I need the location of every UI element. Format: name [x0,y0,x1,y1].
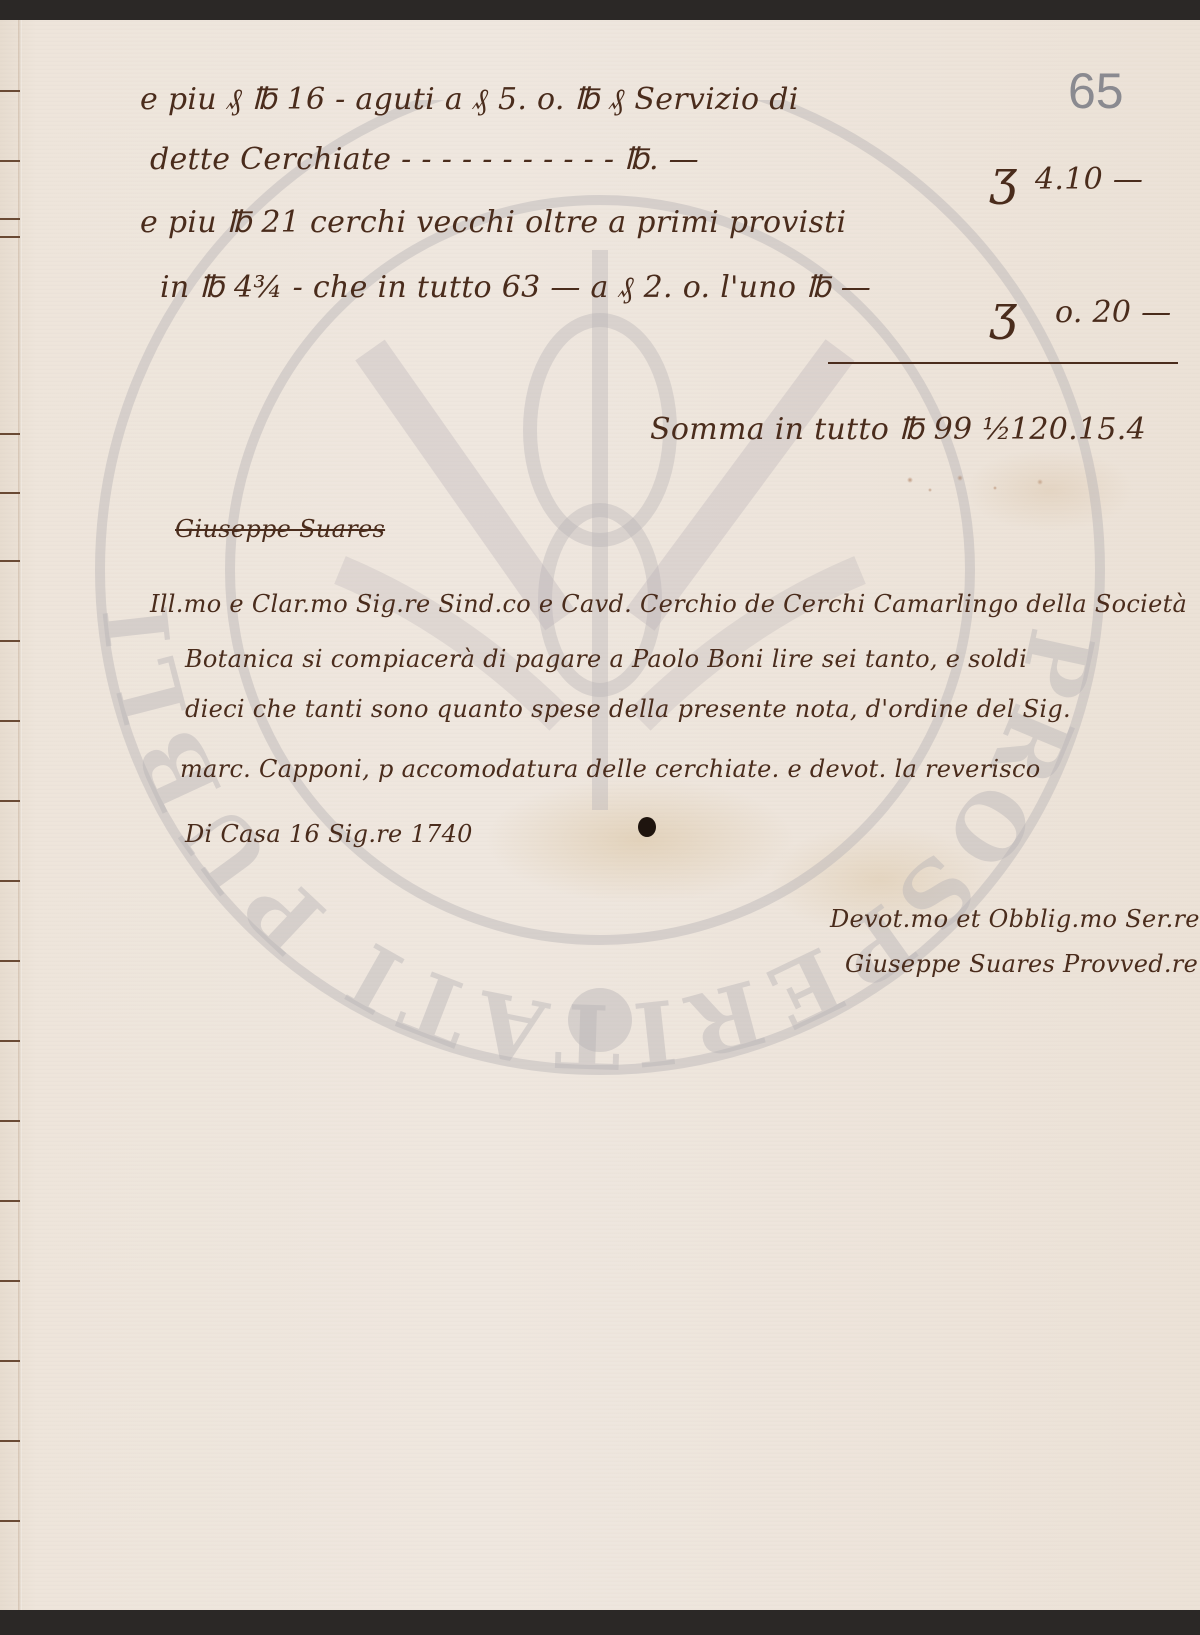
binding-mark [0,1360,20,1362]
binding-mark [0,1440,20,1442]
ink-blot [638,817,656,837]
account-line: in ℔ 4¾ - che in tutto 63 — a ₰ 2. o. l'… [160,270,871,305]
account-line: e piu ₰ ℔ 16 - aguti a ₰ 5. o. ℔ ₰ Servi… [140,82,799,117]
binding-mark [0,560,20,562]
binding-mark [0,800,20,802]
binding-mark [0,218,20,220]
binding-mark [0,1280,20,1282]
letter-line: dieci che tanti sono quanto spese della … [185,695,1071,723]
binding-mark [0,720,20,722]
binding-mark [0,90,20,92]
manuscript-page [0,20,1200,1610]
signature: Giuseppe Suares Provved.re [845,950,1198,978]
account-line: e piu ℔ 21 cerchi vecchi oltre a primi p… [140,205,846,240]
brace-mark: ʒ [990,150,1017,206]
binding-mark [0,960,20,962]
letter-line: Ill.mo e Clar.mo Sig.re Sind.co e Cavd. … [150,590,1187,618]
letter-line: Di Casa 16 Sig.re 1740 [185,820,473,848]
letter-line: Botanica si compiacerà di pagare a Paolo… [185,645,1027,673]
brace-mark: ʒ [990,285,1017,341]
letter-line: marc. Capponi, p accomodatura delle cerc… [180,755,1040,783]
sum-rule [828,362,1178,364]
scan-bottom-edge [0,1610,1200,1635]
binding-mark [0,1040,20,1042]
closing-salutation: Devot.mo et Obblig.mo Ser.re [830,905,1200,933]
binding-mark [0,1520,20,1522]
binding-gutter [18,20,22,1610]
binding-mark [0,640,20,642]
account-amount: 4.10 — [1035,162,1143,197]
account-amount: o. 20 — [1055,295,1171,330]
binding-mark [0,1120,20,1122]
account-line: dette Cerchiate - - - - - - - - - - - ℔.… [150,142,699,177]
struck-heading: Giuseppe Suares [175,515,385,543]
binding-mark [0,236,20,238]
ink-spatter [900,470,1060,500]
binding-mark [0,492,20,494]
account-total-label: Somma in tutto ℔ 99 ½ [650,412,1012,447]
binding-mark [0,433,20,435]
binding-mark [0,160,20,162]
folio-number: 65 [1068,62,1124,120]
binding-mark [0,1200,20,1202]
binding-mark [0,880,20,882]
account-total-amount: 120.15.4 [1010,412,1146,447]
